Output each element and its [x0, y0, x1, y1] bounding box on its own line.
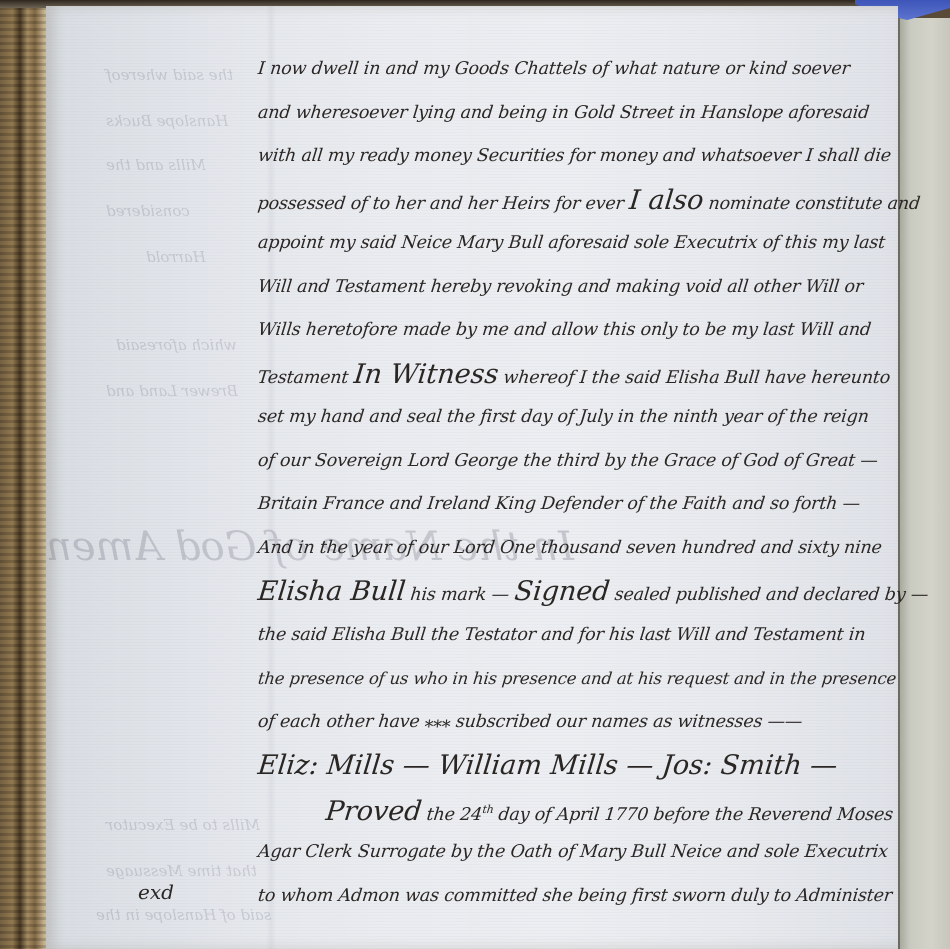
text-line: the presence of us who in his presence a…	[256, 657, 891, 701]
bleed-through-text: which aforesaid	[116, 336, 237, 354]
bleed-through-text: said of Hanslope in the	[96, 906, 271, 924]
emphasis-text: I also	[628, 185, 705, 216]
bleed-through-text: Hanslope Bucks	[106, 112, 228, 130]
text-line: Agar Clerk Surrogate by the Oath of Mary…	[256, 831, 891, 875]
text-line: the said Elisha Bull the Testator and fo…	[256, 614, 891, 658]
marginal-mark: exd	[138, 880, 174, 904]
text-line: of each other have ⁎⁎⁎ subscribed our na…	[256, 701, 891, 745]
text-line: Testament In Witness whereof I the said …	[256, 353, 891, 397]
bleed-through-text: Brewer Land and	[106, 382, 238, 400]
text-line: Wills heretofore made by me and allow th…	[256, 309, 891, 353]
text-line: of our Sovereign Lord George the third b…	[256, 440, 891, 484]
text-line: Britain France and Ireland King Defender…	[256, 483, 891, 527]
document-photo: the said whereof Hanslope Bucks Mills an…	[0, 0, 950, 949]
bleed-through-text: considered	[106, 202, 190, 220]
text-line: possessed of to her and her Heirs for ev…	[256, 179, 891, 223]
text-line: to whom Admon was committed she being fi…	[256, 875, 891, 919]
text-line: set my hand and seal the first day of Ju…	[256, 396, 891, 440]
emphasis-text: Signed	[513, 576, 611, 607]
text-line: appoint my said Neice Mary Bull aforesai…	[256, 222, 891, 266]
text-line: with all my ready money Securities for m…	[256, 135, 891, 179]
witness-signatures: Eliz: Mills — William Mills — Jos: Smith…	[256, 744, 891, 788]
bleed-through-text: the said whereof	[106, 66, 233, 84]
text-line: and wheresoever lying and being in Gold …	[256, 92, 891, 136]
bleed-through-text: Mills and the	[106, 156, 206, 174]
text-line: Elisha Bull his mark — Signed sealed pub…	[256, 570, 891, 614]
next-page-edge	[898, 18, 950, 949]
book-binding-left	[0, 0, 50, 949]
text-line: I now dwell in and my Goods Chattels of …	[256, 48, 891, 92]
text-line: Will and Testament hereby revoking and m…	[256, 266, 891, 310]
testator-signature: Elisha Bull	[256, 576, 407, 607]
bleed-through-text: that time Messuage	[106, 862, 257, 880]
will-text: I now dwell in and my Goods Chattels of …	[258, 48, 888, 918]
bleed-through-text: Harrold	[146, 248, 206, 266]
emphasis-text: Proved	[324, 795, 423, 826]
emphasis-text: In Witness	[352, 359, 500, 390]
bleed-through-text: Mills to be Executor	[106, 816, 260, 834]
text-line: And in the year of our Lord One thousand…	[256, 527, 891, 571]
text-line: Proved the 24th day of April 1770 before…	[256, 788, 891, 832]
